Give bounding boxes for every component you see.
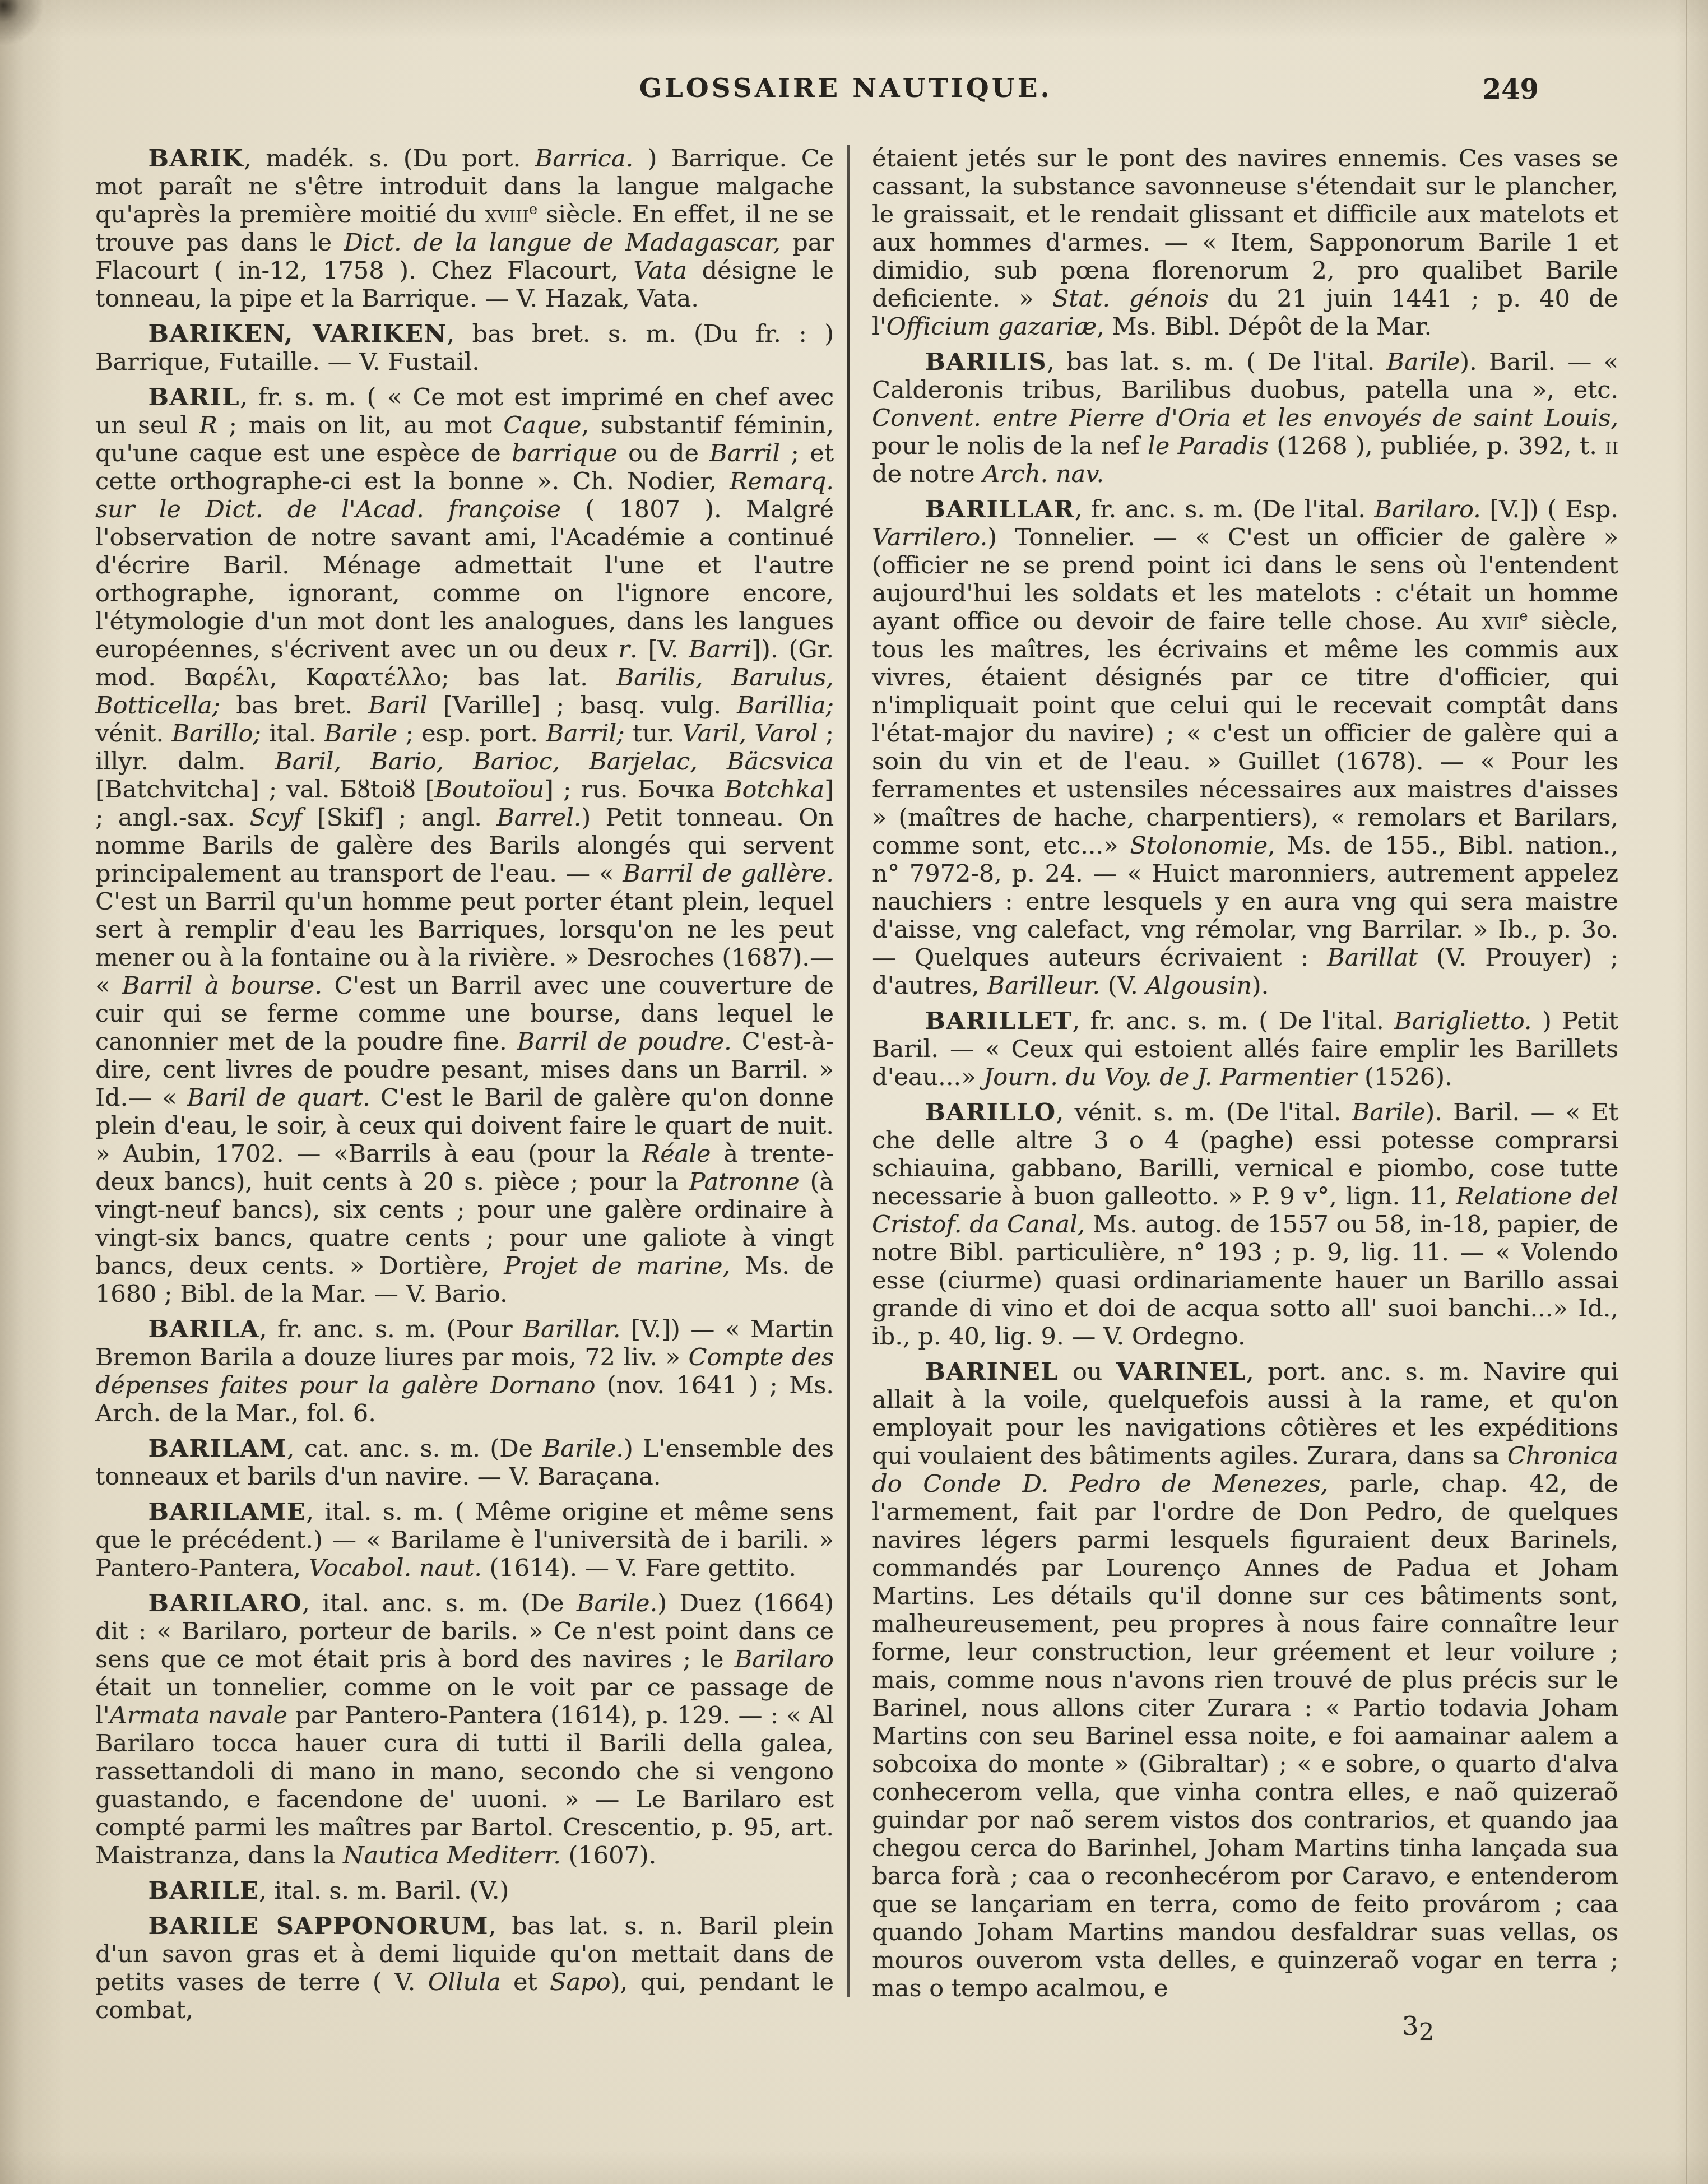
dictionary-entry-barilame: BARILAME, ital. s. m. ( Même origine et … — [95, 1498, 834, 1582]
text-columns: BARIK, madék. s. (Du port. Barrica. ) Ba… — [95, 145, 1618, 2041]
dictionary-entry-barilis: BARILIS, bas lat. s. m. ( De l'ital. Bar… — [872, 348, 1618, 488]
left-column: BARIK, madék. s. (Du port. Barrica. ) Ba… — [95, 145, 834, 2024]
scanned-book-page: GLOSSAIRE NAUTIQUE. 249 BARIK, madék. s.… — [0, 0, 1708, 2184]
dictionary-entry-bariken: BARIKEN, VARIKEN, bas bret. s. m. (Du fr… — [95, 320, 834, 376]
dictionary-entry-barila: BARILA, fr. anc. s. m. (Pour Barillar. [… — [95, 1315, 834, 1427]
dictionary-entry-barillo: BARILLO, vénit. s. m. (De l'ital. Barile… — [872, 1098, 1618, 1351]
dictionary-entry-barile: BARILE, ital. s. m. Baril. (V.) — [95, 1877, 834, 1905]
column-divider-rule — [847, 145, 850, 1997]
page-edge-crease — [1686, 0, 1687, 2184]
signature-mark: 32 — [872, 2013, 1618, 2041]
right-column: étaient jetés sur le pont des navires en… — [872, 145, 1618, 2041]
dictionary-entry-baril: BARIL, fr. s. m. ( « Ce mot est imprimé … — [95, 383, 834, 1308]
dictionary-entry-barillet: BARILLET, fr. anc. s. m. ( De l'ital. Ba… — [872, 1007, 1618, 1091]
running-title: GLOSSAIRE NAUTIQUE. — [639, 73, 1052, 104]
dictionary-entry-barik: BARIK, madék. s. (Du port. Barrica. ) Ba… — [95, 145, 834, 313]
page-number: 249 — [1483, 74, 1539, 105]
dictionary-entry-barinel: BARINEL ou VARINEL, port. anc. s. m. Nav… — [872, 1358, 1618, 2002]
page-header: GLOSSAIRE NAUTIQUE. 249 — [0, 73, 1708, 113]
dictionary-entry-barilaro: BARILARO, ital. anc. s. m. (De Barile.) … — [95, 1589, 834, 1870]
dictionary-entry-barile-sapponorum: BARILE SAPPONORUM, bas lat. s. n. Baril … — [95, 1912, 834, 2024]
dictionary-entry-barilam: BARILAM, cat. anc. s. m. (De Barile.) L'… — [95, 1435, 834, 1491]
dictionary-entry-barile-sapponorum-cont: étaient jetés sur le pont des navires en… — [872, 145, 1618, 341]
dictionary-entry-barillar: BARILLAR, fr. anc. s. m. (De l'ital. Bar… — [872, 495, 1618, 1000]
